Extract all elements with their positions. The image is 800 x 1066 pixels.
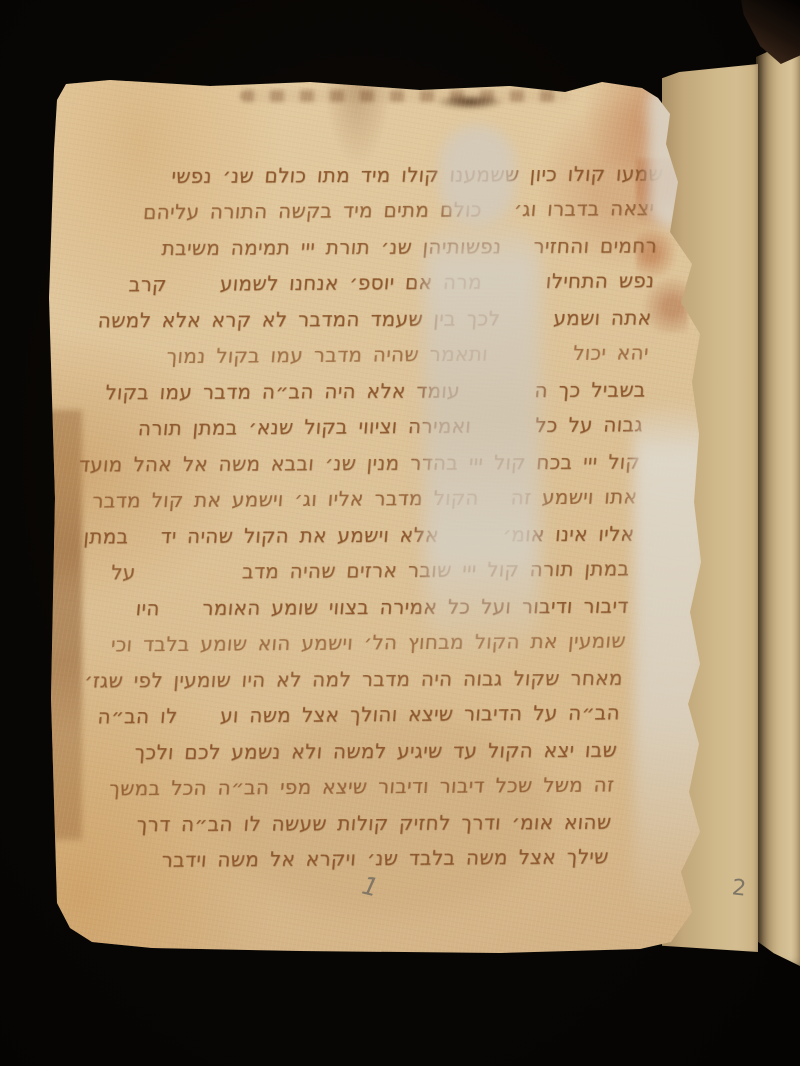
text-line: שילך אצל משה בלבד שנ׳ ויקרא אל משה וידבר <box>15 844 610 885</box>
page-number-2-pencil: 2 <box>731 875 748 901</box>
text-line: שבו יצא הקול עד שיגיע למשה ולא נשמע לכם … <box>23 738 618 777</box>
manuscript-leaf: שמעו קולו כיון ששמענו קולו מיד מתו כולם … <box>40 70 702 956</box>
text-line: זה משל שכל דיבור ודיבור שיצא מפי הב״ה הכ… <box>20 772 615 813</box>
facing-page-fore-edge <box>756 48 800 966</box>
text-line: מאחר שקול גבוה היה מדבר למה לא היו שומעי… <box>29 666 624 705</box>
text-line: שהוא אומ׳ ודרך לחזיק קולות שעשה לו הב״ה … <box>18 810 613 849</box>
text-line: אתה ושמע לכך בין שעמד המדבר לא קרא אלא ל… <box>58 305 653 344</box>
text-line: הב״ה על הדיבור שיצא והולך אצל משה וע לו … <box>26 700 621 741</box>
text-line: נפש התחילו מרה אם יוספ׳ אנחנו לשמוע קרב <box>61 268 656 309</box>
text-line: רחמים והחזיר נפשותיהן שנ׳ תורת ייי תמימה… <box>63 233 658 272</box>
photo-stage: 2 שמעו קולו כיון ששמענו קולו מיד מתו כול… <box>0 0 800 1066</box>
text-block: שמעו קולו כיון ששמענו קולו מיד מתו כולם … <box>15 160 664 885</box>
text-line: דיבור ודיבור ועל כל אמירה בצווי שומע האו… <box>35 594 630 633</box>
top-dark-spot <box>435 94 505 110</box>
text-line: במתן תורה קול ייי שובר ארזים שהיה מדב על <box>38 556 633 597</box>
text-line: אתו וישמע זה הקול מדבר אליו וג׳ וישמע את… <box>43 484 638 525</box>
text-line: שומעין את הקול מבחוץ הל׳ וישמע הוא שומע … <box>32 628 627 669</box>
top-edge-stain <box>240 90 570 102</box>
text-line: בשביל כך ה עומד אלא היה הב״ה מדבר עמו בק… <box>52 378 647 417</box>
text-line: קול ייי בכח קול ייי בהדר מנין שנ׳ ובבא מ… <box>46 450 641 489</box>
text-line: גבוה על כל ואמירה וציווי בקול שנא׳ במתן … <box>49 412 644 453</box>
text-line: יהא יכול ותאמר שהיה מדבר עמו בקול נמוך <box>55 340 650 381</box>
text-line: שמעו קולו כיון ששמענו קולו מיד מתו כולם … <box>69 161 664 200</box>
text-line: יצאה בדברו וג׳ כולם מתים מיד בקשה התורה … <box>66 196 661 237</box>
text-line: אליו אינו אומ׳ אלא וישמע את הקול שהיה יד… <box>40 522 635 561</box>
